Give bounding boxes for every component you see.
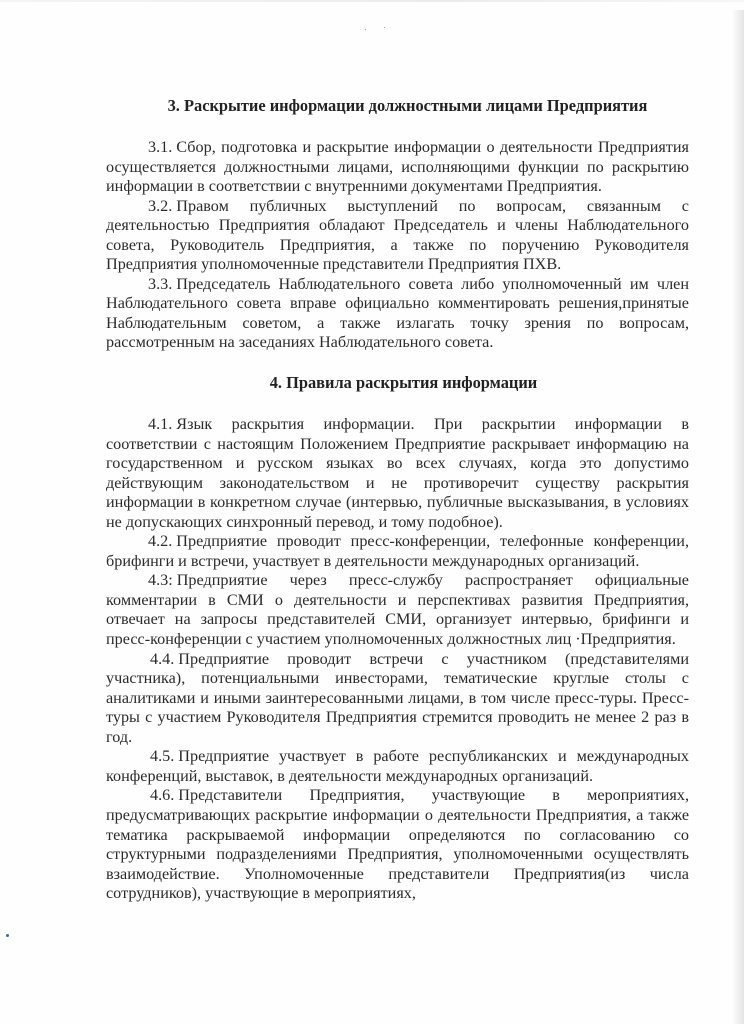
paragraph-text: Предприятие участвует в работе республик… — [106, 747, 689, 785]
paragraph-number: 3.3. — [148, 275, 172, 293]
paragraph-text: Предприятие через пресс-службу распростр… — [106, 571, 689, 648]
margin-ink-mark — [6, 934, 9, 937]
paragraph-4-1: 4.1.Язык раскрытия информации. При раскр… — [106, 415, 689, 532]
paragraph-3-3: 3.3.Председатель Наблюдательного совета … — [106, 275, 689, 353]
paragraph-4-6: 4.6.Представители Предприятия, участвующ… — [106, 786, 689, 903]
paragraph-text: Сбор, подготовка и раскрытие информации … — [106, 138, 689, 195]
paragraph-number: 3.1. — [148, 138, 172, 156]
paragraph-3-2: 3.2.Правом публичных выступлений по вопр… — [106, 197, 689, 275]
paragraph-4-4: 4.4.Предприятие проводит встречи с участ… — [106, 650, 689, 748]
paragraph-number: 4.6. — [150, 786, 174, 804]
paragraph-number: 4.1. — [148, 415, 172, 433]
paragraph-number: 3.2. — [148, 197, 172, 215]
section-heading-3: 3. Раскрытие информации должностными лиц… — [106, 96, 689, 116]
scan-edge-shadow — [732, 10, 744, 1024]
document-body: 3. Раскрытие информации должностными лиц… — [106, 96, 689, 904]
paragraph-text: Предприятие проводит пресс-конференции, … — [106, 532, 689, 570]
scan-speck — [384, 27, 385, 28]
paragraph-number: 4.5. — [150, 747, 174, 765]
paragraph-4-3: 4.3:Предприятие через пресс-службу распр… — [106, 571, 689, 649]
paragraph-3-1: 3.1.Сбор, подготовка и раскрытие информа… — [106, 138, 689, 197]
paragraph-number: 4.2. — [148, 532, 172, 550]
paragraph-text: Язык раскрытия информации. При раскрытии… — [106, 415, 689, 531]
paragraph-number: 4.4. — [150, 650, 174, 668]
paragraph-text: Предприятие проводит встречи с участнико… — [106, 650, 689, 746]
scan-edge-top — [0, 0, 744, 2]
paragraph-text: Представители Предприятия, участвующие в… — [106, 786, 689, 902]
section-heading-4: 4. Правила раскрытия информации — [106, 373, 689, 393]
paragraph-text: Правом публичных выступлений по вопросам… — [106, 197, 689, 274]
paragraph-4-5: 4.5.Предприятие участвует в работе респу… — [106, 747, 689, 786]
paragraph-text: Председатель Наблюдательного совета либо… — [106, 275, 689, 352]
paragraph-number: 4.3: — [148, 571, 173, 589]
paragraph-4-2: 4.2.Предприятие проводит пресс-конференц… — [106, 532, 689, 571]
scan-speck — [365, 29, 366, 30]
scanned-page: 3. Раскрытие информации должностными лиц… — [0, 0, 744, 1024]
